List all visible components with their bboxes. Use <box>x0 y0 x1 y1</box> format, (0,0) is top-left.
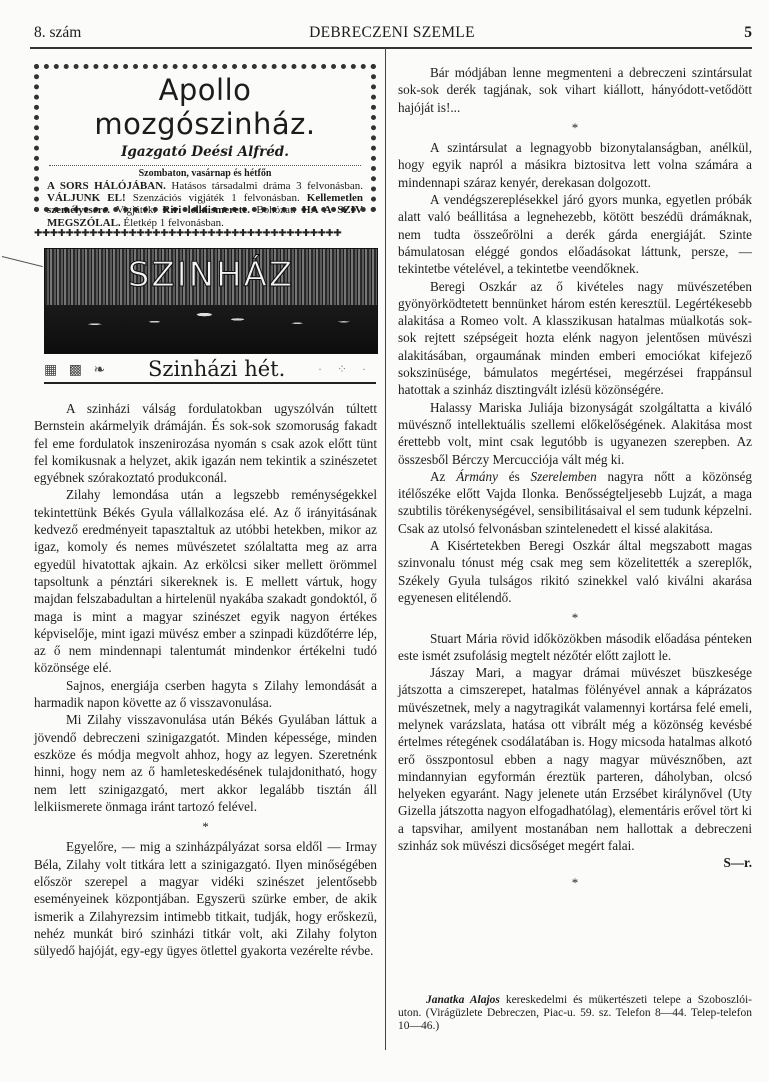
program-desc: Vigjáték. <box>110 204 162 216</box>
program-desc: Szenzációs vigjáték 1 felvonásban. <box>126 192 307 204</box>
asterisk-separator: * <box>398 609 752 626</box>
ad-dotted-divider <box>49 165 361 166</box>
column-divider <box>385 48 386 1050</box>
journal-title: DEBRECZENI SZEMLE <box>32 24 752 42</box>
page-number: 5 <box>744 24 752 42</box>
paragraph: Zilahy lemondása után a legszebb reménys… <box>34 486 377 676</box>
section-title: Szinházi hét. <box>148 357 285 381</box>
paragraph: A szinházi válság fordulatokban ugyszólv… <box>34 400 377 486</box>
text: és <box>498 469 531 484</box>
margin-mark <box>2 256 43 267</box>
signature-line: S—r. <box>398 854 752 871</box>
advertiser-name: Janatka Alajos <box>426 994 500 1006</box>
paragraph-armany: Az Ármány és Szerelemben nagyra nőtt a k… <box>398 468 752 537</box>
paragraph: Stuart Mária rövid időközökben második e… <box>398 630 752 665</box>
audience-illustration <box>45 305 377 353</box>
ad-program: A SORS HÁLÓJÁBAN. Hatásos társadalmi drá… <box>45 180 365 229</box>
author-signature: S—r. <box>724 854 752 871</box>
right-column: Bár módjában lenne megmenteni a debrecze… <box>398 64 752 895</box>
asterisk-separator: * <box>398 119 752 136</box>
ornament-icon: ▦ ▩ ❧ <box>44 362 109 379</box>
paragraph: Jászay Mari, a magyar drámai müvészet bü… <box>398 664 752 854</box>
paragraph: Egyelőre, — mig a szinházpályázat sorsa … <box>34 838 377 959</box>
paragraph: Beregi Oszkár az ő kivételes nagy müvész… <box>398 278 752 399</box>
header-rule <box>30 47 752 49</box>
paragraph: Mi Zilahy visszavonulása után Békés Gyul… <box>34 711 377 815</box>
asterisk-separator: * <box>34 818 377 835</box>
paragraph: A vendégszereplésekkel járó gyors munka,… <box>398 191 752 277</box>
szinhaz-banner-image: SZINHÁZ <box>44 248 378 354</box>
play-title: Szerelemben <box>531 469 597 484</box>
page-header: 8. szám DEBRECZENI SZEMLE 5 <box>32 24 752 46</box>
asterisk-separator: * <box>398 874 752 891</box>
section-heading: ▦ ▩ ❧ Szinházi hét. · ⁘ · <box>44 358 376 384</box>
program-desc: Bohózat. <box>250 204 302 216</box>
paragraph: Halassy Mariska Juliája bizonyságát szol… <box>398 399 752 468</box>
ornament-icon: · ⁘ · <box>318 362 372 377</box>
program-title: Riri lelkiismerete. <box>162 204 250 216</box>
left-column: A szinházi válság fordulatokban ugyszólv… <box>34 400 377 960</box>
program-title: A SORS HÁLÓJÁBAN. <box>47 180 166 192</box>
paragraph: Sajnos, energiája cserben hagyta s Zilah… <box>34 677 377 712</box>
paragraph: A szintársulat a legnagyobb bizonytalans… <box>398 139 752 191</box>
apollo-advertisement: Apollo mozgószinház. Igazgató Deési Alfr… <box>34 64 376 212</box>
play-title: Ármány <box>456 469 498 484</box>
text: Az <box>430 469 456 484</box>
program-desc: Életkép 1 felvonásban. <box>121 217 224 229</box>
cross-divider: ✚✚✚✚✚✚✚✚✚✚✚✚✚✚✚✚✚✚✚✚✚✚✚✚✚✚✚✚✚✚✚✚✚✚✚✚✚✚✚ <box>34 229 376 239</box>
ad-title: Apollo mozgószinház. <box>45 73 365 141</box>
paragraph: Bár módjában lenne megmenteni a debrecze… <box>398 64 752 116</box>
footnote-advert: Janatka Alajos kereskedelmi és müker­tés… <box>398 994 752 1033</box>
paragraph: A Kisértetekben Beregi Oszkár által megs… <box>398 537 752 606</box>
ad-days: Szombaton, vasárnap és hétfőn <box>45 168 365 180</box>
ad-director: Igazgató Deési Alfréd. <box>45 143 365 161</box>
program-title: VÁLJUNK EL! <box>47 192 126 204</box>
banner-word: SZINHÁZ <box>45 255 377 295</box>
program-desc: Hatásos társadalmi dráma 3 felvonásban. <box>166 180 363 192</box>
